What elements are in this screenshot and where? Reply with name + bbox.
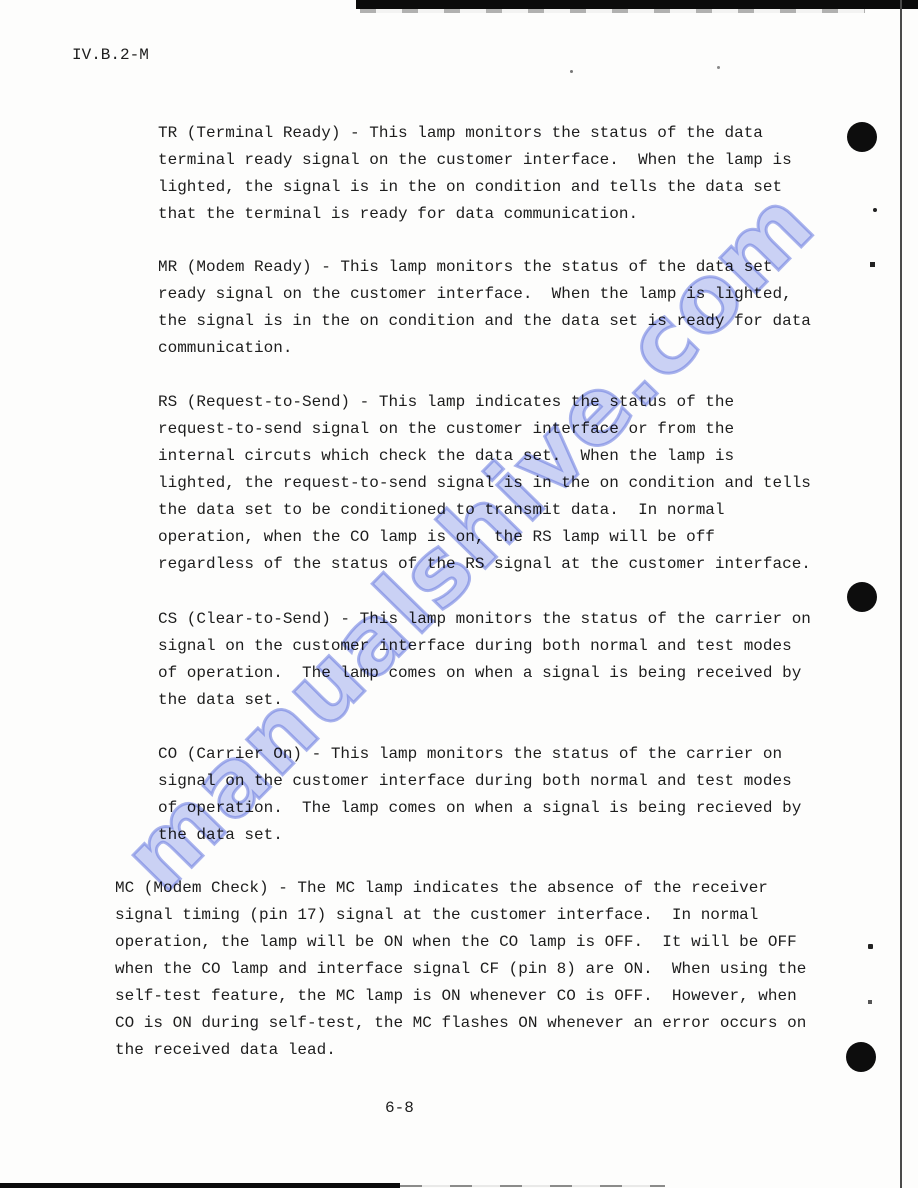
- scan-edge-noise-top: [360, 9, 865, 13]
- scan-speck: [870, 262, 875, 267]
- punch-hole-mark: [847, 582, 877, 612]
- punch-hole-mark: [846, 1042, 876, 1072]
- document-header-id: IV.B.2-M: [72, 42, 149, 69]
- scan-crease-line: [900, 0, 902, 1188]
- paragraph-rs-request-to-send: RS (Request-to-Send) - This lamp indicat…: [158, 389, 811, 578]
- scan-edge-bar-bottom: [0, 1183, 400, 1188]
- scan-speck: [570, 70, 573, 73]
- scan-speck: [868, 1000, 872, 1004]
- paragraph-mr-modem-ready: MR (Modem Ready) - This lamp monitors th…: [158, 254, 811, 362]
- scan-edge-noise-bottom: [400, 1185, 665, 1187]
- scan-speck: [873, 208, 877, 212]
- scan-speck: [717, 66, 720, 69]
- paragraph-co-carrier-on: CO (Carrier On) - This lamp monitors the…: [158, 741, 801, 849]
- paragraph-mc-modem-check: MC (Modem Check) - The MC lamp indicates…: [115, 875, 806, 1064]
- punch-hole-mark: [847, 122, 877, 152]
- paragraph-tr-terminal-ready: TR (Terminal Ready) - This lamp monitors…: [158, 120, 792, 228]
- scanned-manual-page: IV.B.2-M TR (Terminal Ready) - This lamp…: [0, 0, 918, 1188]
- scan-speck: [868, 944, 873, 949]
- paragraph-cs-clear-to-send: CS (Clear-to-Send) - This lamp monitors …: [158, 606, 811, 714]
- page-number: 6-8: [385, 1095, 414, 1122]
- scan-edge-bar-top: [356, 0, 918, 9]
